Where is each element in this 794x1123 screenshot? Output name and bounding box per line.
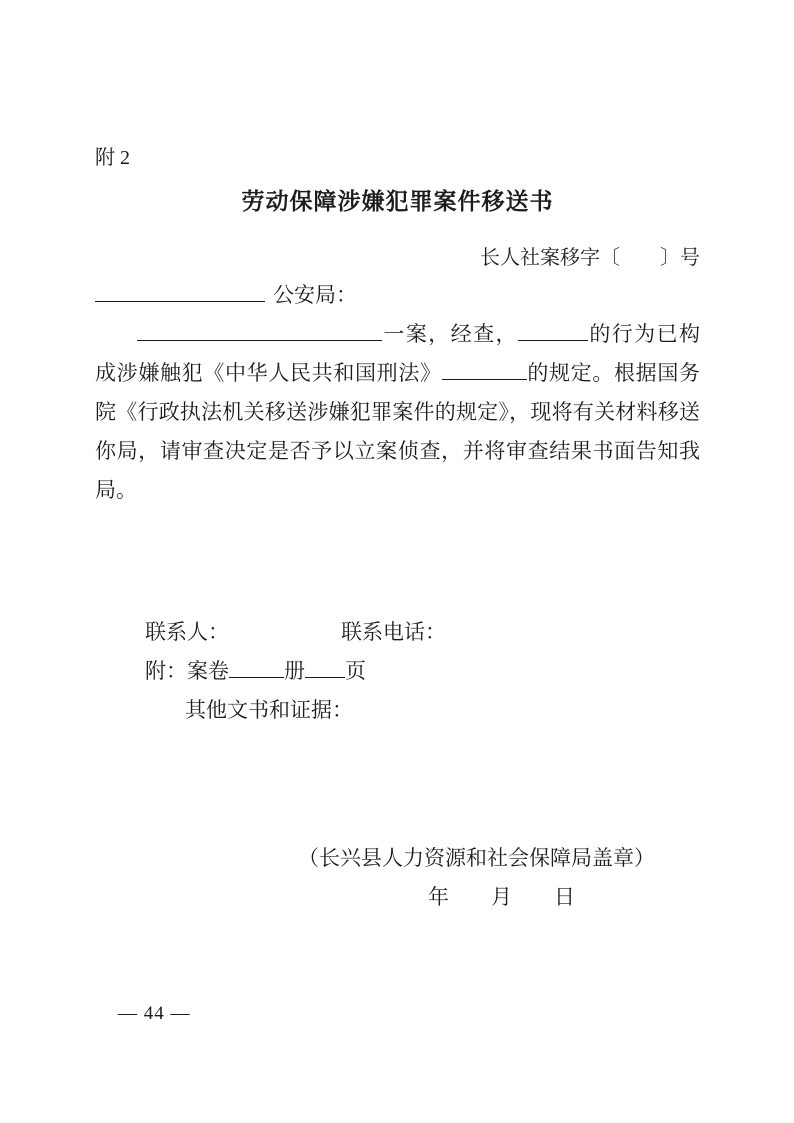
case-name-blank — [137, 318, 382, 341]
volume-unit-label: 册 — [284, 659, 305, 683]
document-reference-number: 长人社案移字〔 〕号 — [95, 245, 700, 272]
signature-date-line: 年 月 日 — [95, 878, 700, 917]
attachment-number-label: 附 2 — [95, 145, 700, 172]
page-number: — 44 — — [118, 1000, 191, 1027]
document-page: 附 2 劳动保障涉嫌犯罪案件移送书 长人社案移字〔 〕号 公安局： 一案，经查，… — [0, 0, 794, 1123]
document-title: 劳动保障涉嫌犯罪案件移送书 — [95, 186, 700, 217]
law-article-blank — [442, 357, 527, 380]
contact-phone-label: 联系电话： — [341, 620, 446, 644]
recipient-suffix-label: 公安局： — [273, 283, 357, 307]
agency-stamp-line: （长兴县人力资源和社会保障局盖章） — [95, 839, 700, 878]
attachment-prefix-label: 附：案卷 — [145, 659, 229, 683]
case-pages-blank — [305, 655, 345, 678]
subject-name-blank — [518, 318, 588, 341]
contact-person-label: 联系人： — [145, 620, 229, 644]
page-unit-label: 页 — [345, 659, 366, 683]
body-text-segment-1: 一案，经查， — [382, 322, 518, 346]
recipient-name-blank — [95, 279, 265, 302]
attachment-list-line: 附：案卷册页 — [95, 652, 700, 691]
body-paragraph: 一案，经查，的行为已构成涉嫌触犯《中华人民共和国刑法》的规定。根据国务院《行政执… — [95, 315, 700, 510]
contact-line: 联系人：联系电话： — [95, 613, 700, 652]
salutation-line: 公安局： — [95, 276, 700, 315]
case-volumes-blank — [229, 655, 284, 678]
other-documents-line: 其他文书和证据： — [95, 691, 700, 730]
